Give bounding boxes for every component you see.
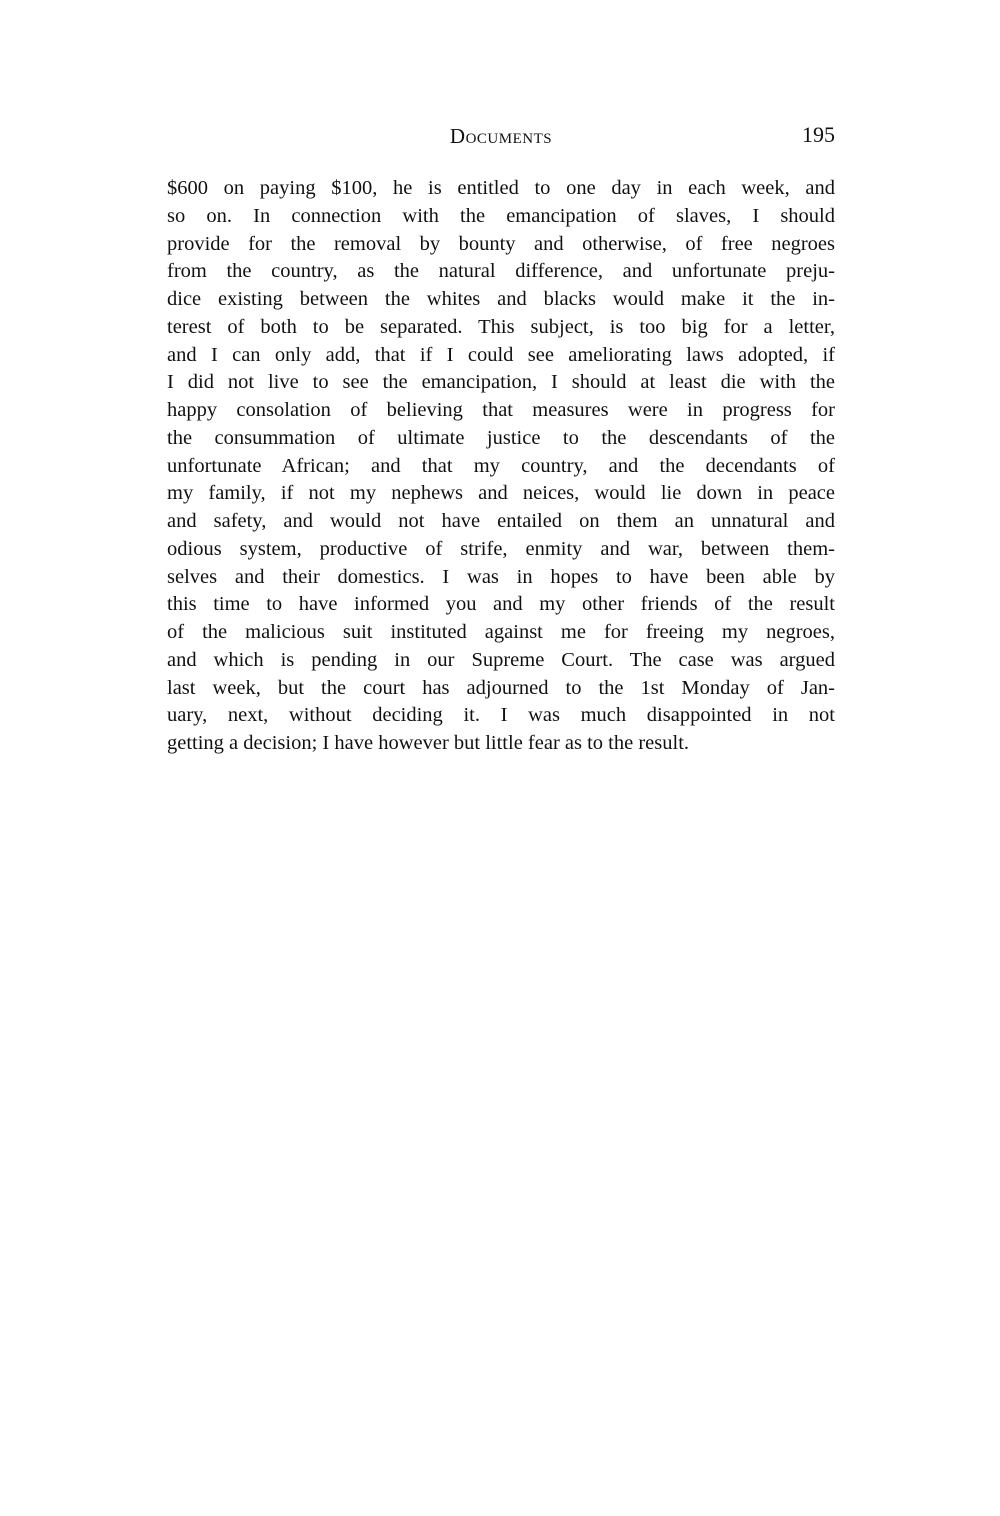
text-line-content: and I can only add, that if I could see … (167, 342, 835, 370)
text-line: selves and their domestics. I was in hop… (167, 564, 835, 592)
text-line: happy consolation of believing that meas… (167, 397, 835, 425)
text-line-content: terest of both to be separated. This sub… (167, 314, 835, 342)
text-line-content: my family, if not my nephews and neices,… (167, 480, 835, 508)
text-line: from the country, as the natural differe… (167, 258, 835, 286)
text-line: terest of both to be separated. This sub… (167, 314, 835, 342)
text-line-content: the consummation of ultimate justice to … (167, 425, 835, 453)
text-line-content: unfortunate African; and that my country… (167, 453, 835, 481)
text-line: odious system, productive of strife, enm… (167, 536, 835, 564)
text-line: the consummation of ultimate justice to … (167, 425, 835, 453)
text-line: this time to have informed you and my ot… (167, 591, 835, 619)
text-line-content: provide for the removal by bounty and ot… (167, 231, 835, 259)
text-line: getting a decision; I have however but l… (167, 730, 835, 758)
text-line-content: dice existing between the whites and bla… (167, 286, 835, 314)
text-line-content: from the country, as the natural differe… (167, 258, 835, 286)
text-line: and I can only add, that if I could see … (167, 342, 835, 370)
text-line: and safety, and would not have entailed … (167, 508, 835, 536)
text-line: my family, if not my nephews and neices,… (167, 480, 835, 508)
text-line-content: getting a decision; I have however but l… (167, 730, 835, 758)
text-line: dice existing between the whites and bla… (167, 286, 835, 314)
text-line: last week, but the court has adjourned t… (167, 675, 835, 703)
text-line-content: of the malicious suit instituted against… (167, 619, 835, 647)
text-line: and which is pending in our Supreme Cour… (167, 647, 835, 675)
text-line-content: and safety, and would not have entailed … (167, 508, 835, 536)
text-line: of the malicious suit instituted against… (167, 619, 835, 647)
text-line: provide for the removal by bounty and ot… (167, 231, 835, 259)
text-line-content: $600 on paying $100, he is entitled to o… (167, 175, 835, 203)
page-number: 195 (802, 122, 835, 148)
text-line-content: so on. In connection with the emancipati… (167, 203, 835, 231)
body-text: $600 on paying $100, he is entitled to o… (167, 175, 835, 758)
text-line-content: and which is pending in our Supreme Cour… (167, 647, 835, 675)
document-page: Documents 195 $600 on paying $100, he is… (0, 0, 1000, 1516)
running-title: Documents (167, 124, 835, 149)
text-line: uary, next, without deciding it. I was m… (167, 702, 835, 730)
text-line-content: happy consolation of believing that meas… (167, 397, 835, 425)
text-line-content: uary, next, without deciding it. I was m… (167, 702, 835, 730)
text-line: unfortunate African; and that my country… (167, 453, 835, 481)
text-line: I did not live to see the emancipation, … (167, 369, 835, 397)
running-head: Documents 195 (167, 122, 835, 152)
text-line-content: last week, but the court has adjourned t… (167, 675, 835, 703)
text-line-content: I did not live to see the emancipation, … (167, 369, 835, 397)
text-line: so on. In connection with the emancipati… (167, 203, 835, 231)
text-line: $600 on paying $100, he is entitled to o… (167, 175, 835, 203)
text-line-content: selves and their domestics. I was in hop… (167, 564, 835, 592)
text-line-content: odious system, productive of strife, enm… (167, 536, 835, 564)
text-line-content: this time to have informed you and my ot… (167, 591, 835, 619)
